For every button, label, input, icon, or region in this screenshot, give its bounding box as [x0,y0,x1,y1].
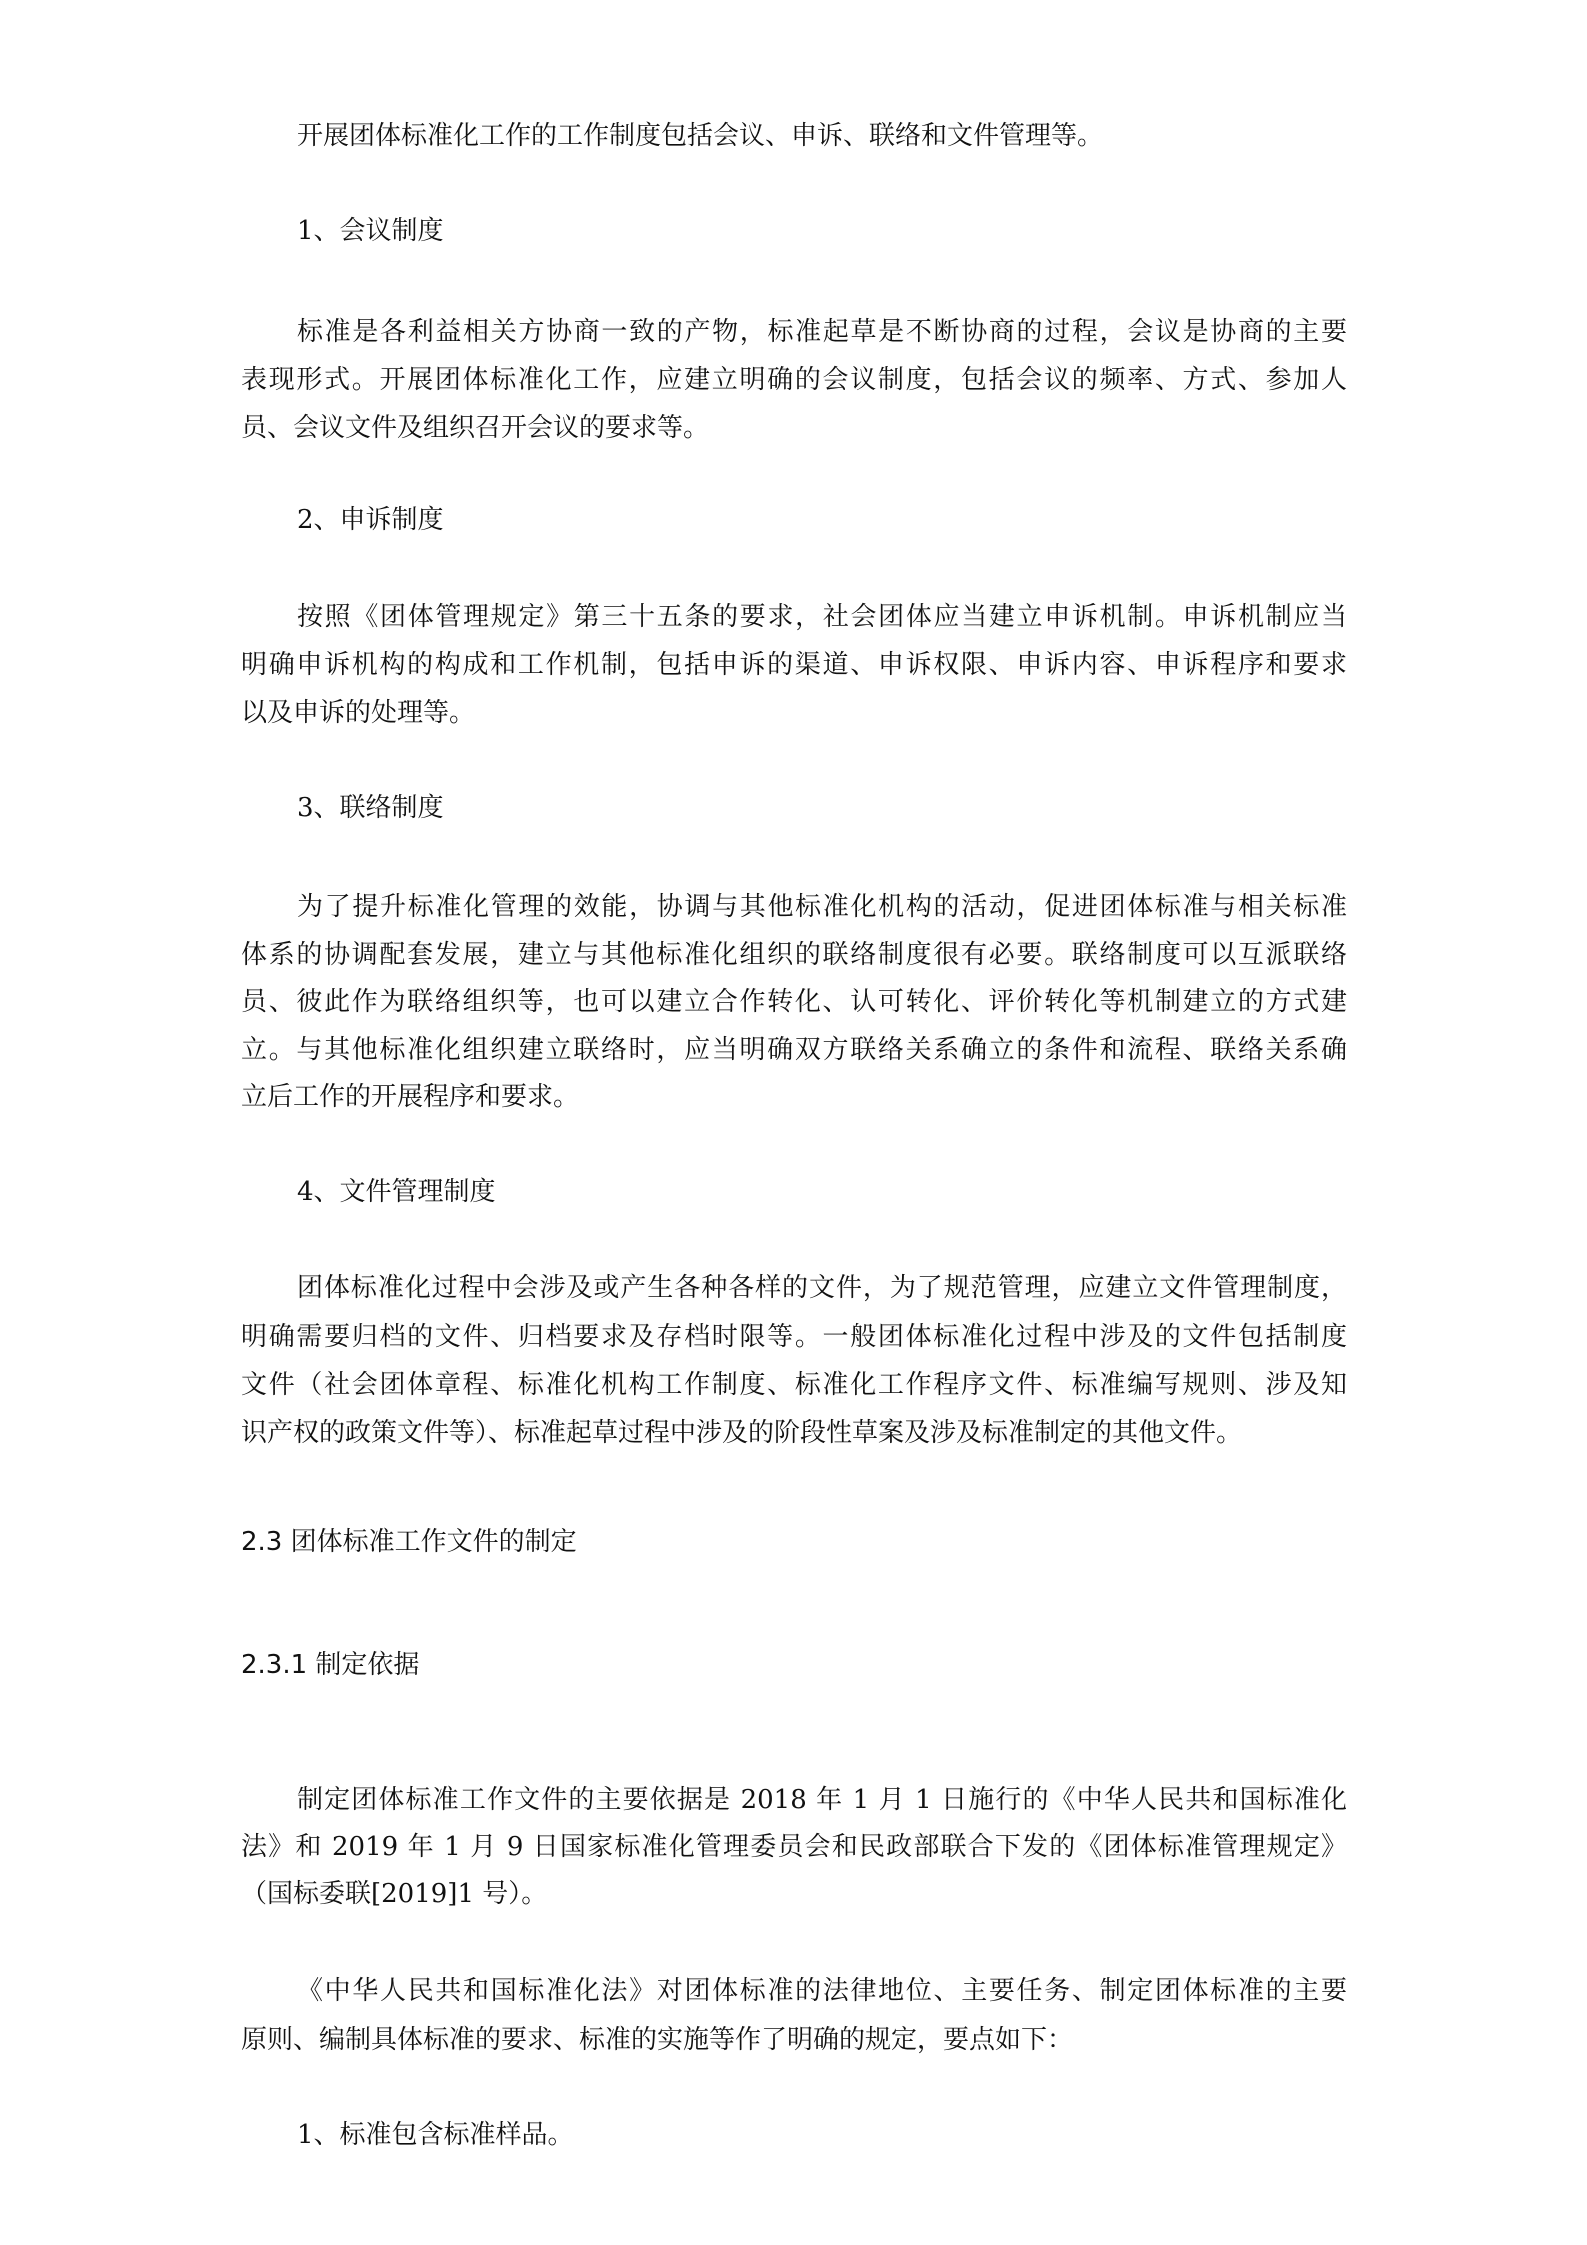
intro-paragraph: 开展团体标准化工作的工作制度包括会议、申诉、联络和文件管理等。 [297,122,1103,150]
paragraph-line: 《中华人民共和国标准化法》对团体标准的法律地位、主要任务、制定团体标准的主要 [297,1977,1347,2005]
list-item: 1、标准包含标准样品。 [297,2121,574,2149]
paragraph-line: 制定团体标准工作文件的主要依据是 2018 年 1 月 1 日施行的《中华人民共… [297,1786,1347,1814]
paragraph-line: 以及申诉的处理等。 [241,699,475,727]
paragraph-line: 按照《团体管理规定》第三十五条的要求，社会团体应当建立申诉机制。申诉机制应当 [297,603,1347,631]
section-title-liaison: 3、联络制度 [297,794,444,822]
section-title-meeting: 1、会议制度 [297,217,444,245]
paragraph-line: 法》和 2019 年 1 月 9 日国家标准化管理委员会和民政部联合下发的《团体… [241,1833,1347,1861]
paragraph-line: 为了提升标准化管理的效能，协调与其他标准化机构的活动，促进团体标准与相关标准 [297,893,1347,921]
paragraph-line: 原则、编制具体标准的要求、标准的实施等作了明确的规定，要点如下： [241,2026,1073,2054]
paragraph-line: 立后工作的开展程序和要求。 [241,1083,579,1111]
paragraph-line: 识产权的政策文件等）、标准起草过程中涉及的阶段性草案及涉及标准制定的其他文件。 [241,1419,1242,1447]
heading-2-3-1: 2.3.1 制定依据 [241,1651,419,1679]
paragraph-line: 文件（社会团体章程、标准化机构工作制度、标准化工作程序文件、标准编写规则、涉及知 [241,1371,1347,1399]
paragraph-line: 员、彼此作为联络组织等，也可以建立合作转化、认可转化、评价转化等机制建立的方式建 [241,988,1347,1016]
section-title-appeal: 2、申诉制度 [297,506,444,534]
paragraph-line: 立。与其他标准化组织建立联络时，应当明确双方联络关系确立的条件和流程、联络关系确 [241,1036,1347,1064]
paragraph-line: 体系的协调配套发展，建立与其他标准化组织的联络制度很有必要。联络制度可以互派联络 [241,941,1347,969]
paragraph-line: （国标委联[2019]1 号）。 [241,1880,547,1908]
section-title-document-management: 4、文件管理制度 [297,1178,496,1206]
paragraph-line: 明确需要归档的文件、归档要求及存档时限等。一般团体标准化过程中涉及的文件包括制度 [241,1323,1347,1351]
heading-2-3: 2.3 团体标准工作文件的制定 [241,1528,577,1556]
document-page: 开展团体标准化工作的工作制度包括会议、申诉、联络和文件管理等。 1、会议制度 标… [0,0,1587,2245]
paragraph-line: 标准是各利益相关方协商一致的产物，标准起草是不断协商的过程，会议是协商的主要 [297,318,1347,346]
paragraph-line: 表现形式。开展团体标准化工作，应建立明确的会议制度，包括会议的频率、方式、参加人 [241,366,1347,394]
paragraph-line: 团体标准化过程中会涉及或产生各种各样的文件，为了规范管理，应建立文件管理制度， [297,1274,1347,1302]
paragraph-line: 明确申诉机构的构成和工作机制，包括申诉的渠道、申诉权限、申诉内容、申诉程序和要求 [241,651,1347,679]
paragraph-line: 员、会议文件及组织召开会议的要求等。 [241,414,709,442]
